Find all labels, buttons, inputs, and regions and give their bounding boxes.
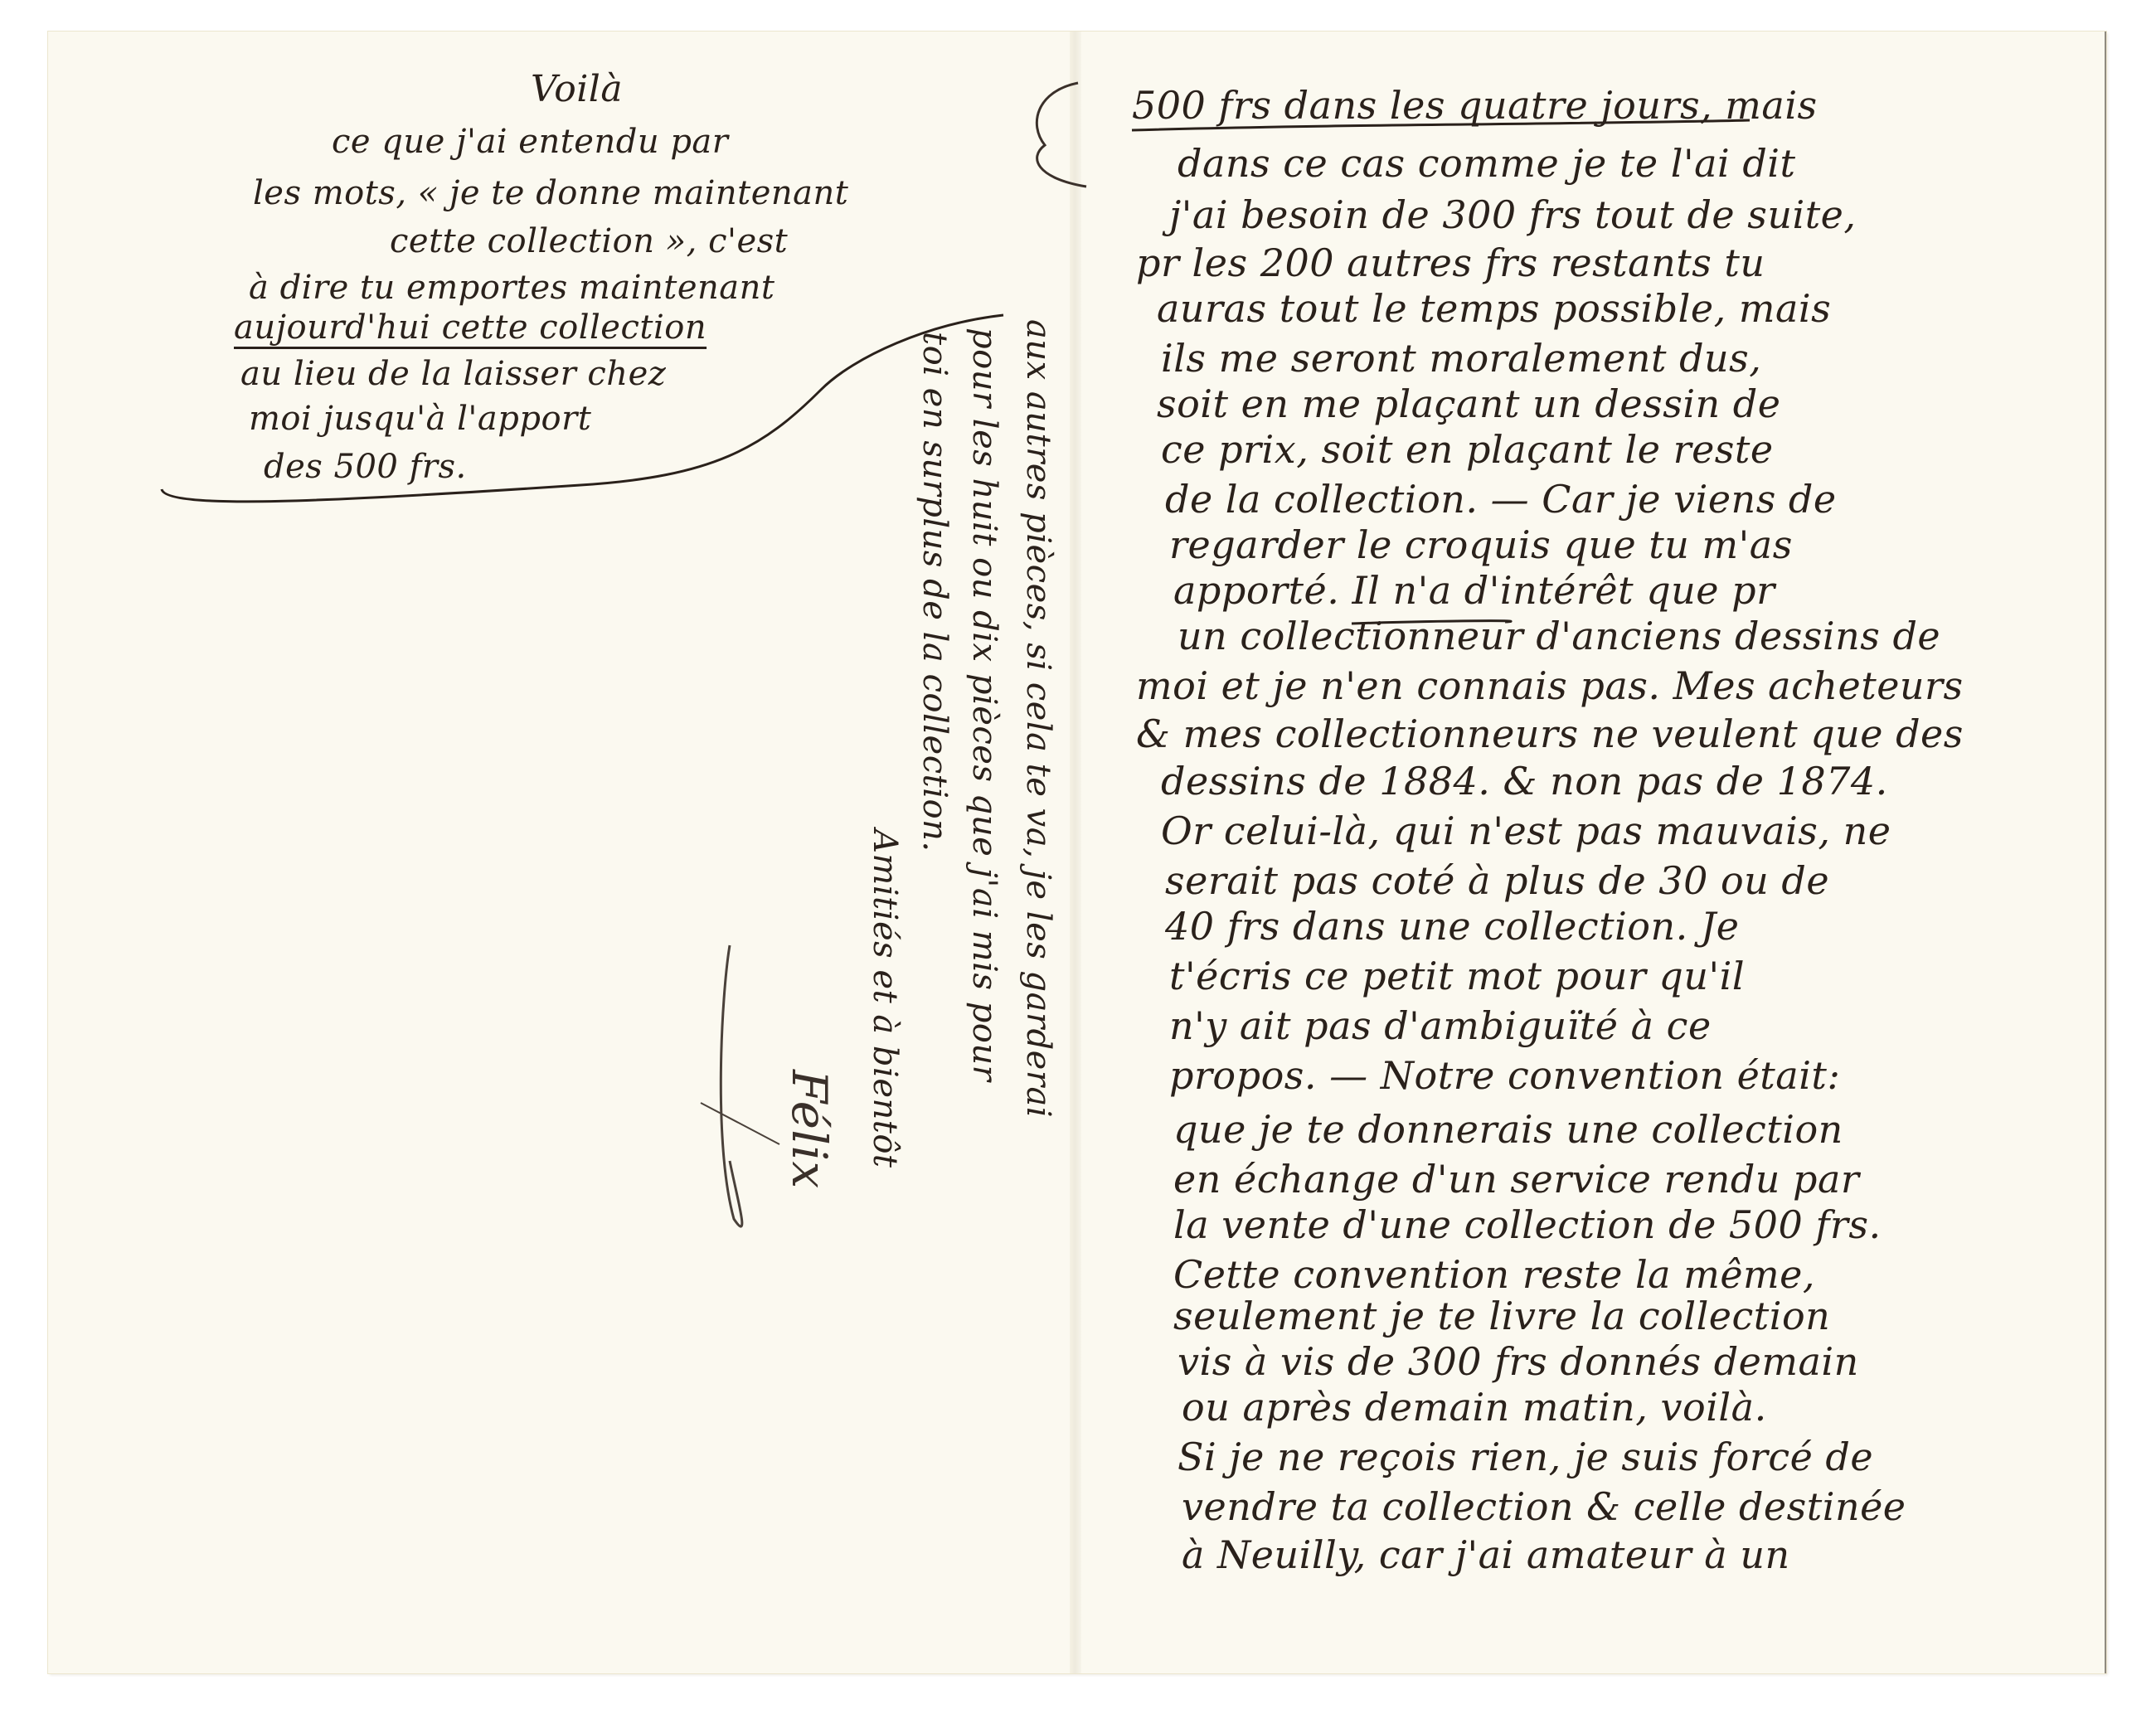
postscript-line-1: aux autres pièces, si cela te va, je les…: [1019, 319, 1057, 1118]
right-line-29: Si je ne reçois rien, je suis forcé de: [1178, 1435, 1873, 1479]
right-line-6: ils me seront moralement dus,: [1161, 336, 1761, 381]
left-line-7: moi jusqu'à l'apport: [249, 400, 591, 438]
left-line-3: cette collection », c'est: [390, 222, 788, 260]
left-line-6: au lieu de la laisser chez: [240, 355, 666, 393]
right-line-7: soit en me plaçant un dessin de: [1157, 381, 1780, 426]
right-line-1: 500 frs dans les quatre jours, mais: [1132, 83, 1818, 128]
postscript-line-3: toi en surplus de la collection.: [915, 332, 954, 852]
letter-heading: Voilà: [531, 68, 623, 110]
right-line-9: de la collection. — Car je viens de: [1165, 477, 1837, 522]
right-line-26: seulement je te livre la collection: [1173, 1294, 1830, 1338]
right-line-11: apporté. Il n'a d'intérêt que pr: [1173, 568, 1775, 613]
left-line-2: les mots, « je te donne maintenant: [253, 174, 848, 212]
right-line-8: ce prix, soit en plaçant le reste: [1161, 427, 1774, 472]
right-line-19: t'écris ce petit mot pour qu'il: [1169, 954, 1745, 998]
right-line-15: dessins de 1884. & non pas de 1874.: [1161, 759, 1888, 804]
right-line-16: Or celui-là, qui n'est pas mauvais, ne: [1161, 808, 1891, 853]
postscript-line-2: pour les huit ou dix pièces que j'ai mis…: [965, 328, 1003, 1081]
right-line-5: auras tout le temps possible, mais: [1157, 286, 1831, 331]
right-line-30: vendre ta collection & celle destinée: [1182, 1484, 1906, 1529]
left-line-8: des 500 frs.: [264, 448, 467, 486]
right-line-28: ou après demain matin, voilà.: [1182, 1385, 1767, 1430]
right-line-23: en échange d'un service rendu par: [1173, 1157, 1859, 1202]
left-line-4: à dire tu emportes maintenant: [249, 269, 775, 307]
right-line-13: moi et je n'en connais pas. Mes acheteur…: [1136, 663, 1964, 708]
right-line-21: propos. — Notre convention était:: [1169, 1053, 1840, 1098]
right-line-10: regarder le croquis que tu m'as: [1169, 522, 1793, 567]
left-line-1: ce que j'ai entendu par: [332, 123, 728, 161]
right-line-31: à Neuilly, car j'ai amateur à un: [1182, 1532, 1790, 1577]
right-line-24: la vente d'une collection de 500 frs.: [1173, 1202, 1882, 1247]
right-line-3: j'ai besoin de 300 frs tout de suite,: [1169, 192, 1857, 237]
right-line-12: un collectionneur d'anciens dessins de: [1178, 614, 1940, 658]
signature: Félix: [781, 1070, 838, 1189]
right-line-2: dans ce cas comme je te l'ai dit: [1178, 141, 1796, 186]
right-line-20: n'y ait pas d'ambiguïté à ce: [1169, 1003, 1712, 1048]
right-line-27: vis à vis de 300 frs donnés demain: [1178, 1339, 1859, 1384]
postscript-closing: Amitiés et à bientôt: [866, 829, 904, 1168]
right-line-25: Cette convention reste la même,: [1173, 1252, 1815, 1297]
right-line-22: que je te donnerais une collection: [1173, 1107, 1843, 1152]
right-line-17: serait pas coté à plus de 30 ou de: [1165, 858, 1829, 903]
left-line-5: aujourd'hui cette collection: [234, 308, 707, 347]
right-line-4: pr les 200 autres frs restants tu: [1136, 240, 1765, 285]
right-line-14: & mes collectionneurs ne veulent que des: [1136, 711, 1964, 756]
right-line-18: 40 frs dans une collection. Je: [1165, 904, 1740, 949]
